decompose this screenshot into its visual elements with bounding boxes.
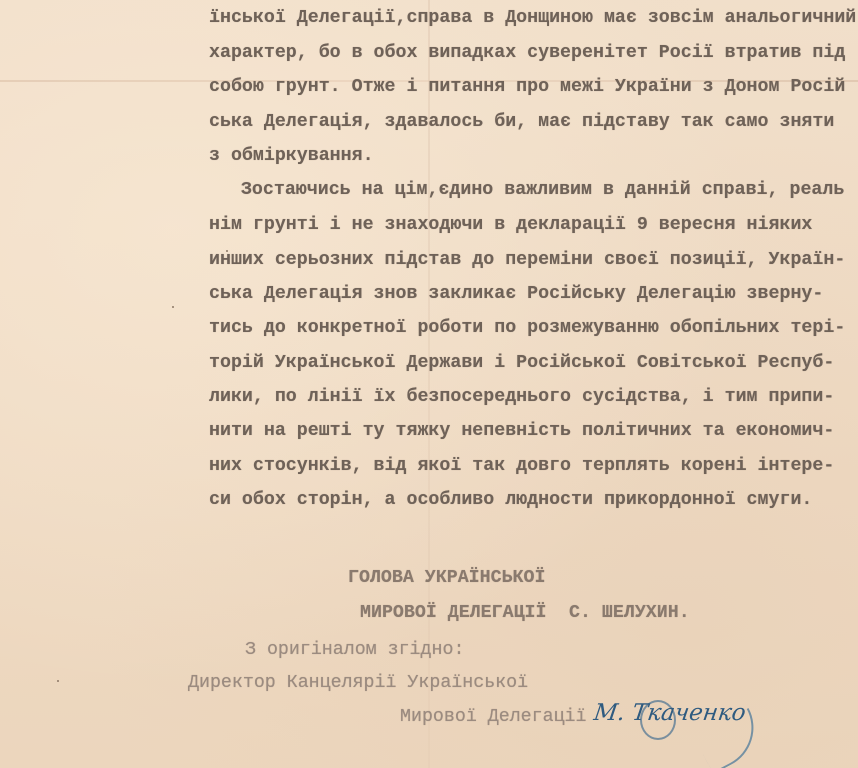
body-line: нити на решті ту тяжку непевність політи… [209,421,834,441]
body-line: Зостаючись на цім,єдино важливим в данні… [219,180,844,200]
body-line: торій Української Держави і Російської С… [209,353,834,373]
body-line: тись до конкретної роботи по розмежуванн… [209,318,845,338]
body-line: инших серьозних підстав до переміни своє… [209,250,845,270]
body-line: лики, по лінії їх безпосереднього сусідс… [209,387,834,407]
body-line: нім грунті і не знаходючи в декларації 9… [209,215,812,235]
certifier-position-line-2: Мирової Делегації [400,707,587,727]
body-line: собою грунт. Отже і питання про межі Укр… [209,77,845,97]
body-line: їнської Делегації,справа в Донщиною має … [209,8,856,28]
certifier-position-line-1: Директор Канцелярії Української [188,673,528,693]
signatory-name: С. ШЕЛУХИН. [569,603,690,623]
certification-note: З оригіналом згідно: [245,640,464,660]
body-line: ська Делегація, здавалось би, має підста… [209,112,834,132]
body-line: з обміркування. [209,146,374,166]
handwritten-signature: М. Ткаченко [592,700,747,726]
signatory-title-line-2: МИРОВОЇ ДЕЛЕГАЦІЇ [360,603,547,623]
body-line: ська Делегація знов закликає Російську Д… [209,284,823,304]
paper-speck [57,680,59,682]
body-line: них стосунків, від якої так довго терпля… [209,456,834,476]
signatory-title-line-1: ГОЛОВА УКРАЇНСЬКОЇ [348,568,545,588]
body-line: си обох сторін, а особливо людности прик… [209,490,812,510]
body-line: характер, бо в обох випадках суверенітет… [209,43,845,63]
paper-speck [172,306,174,308]
paper-speck [226,250,228,252]
